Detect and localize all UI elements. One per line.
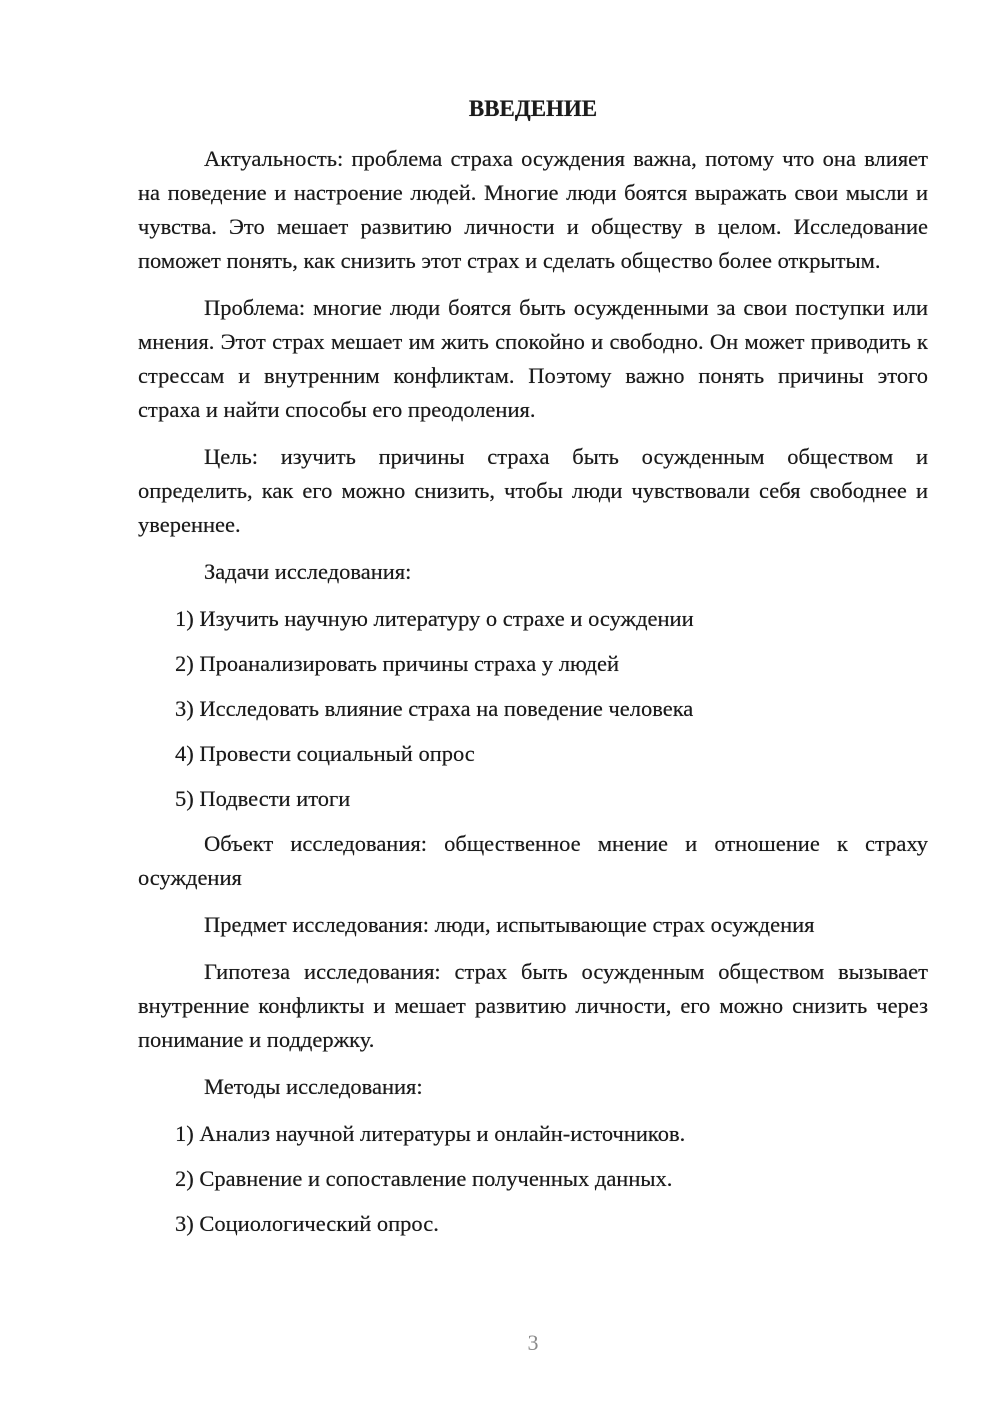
page-footer: 3 (138, 1326, 928, 1360)
task-list-item-3: 3) Исследовать влияние страха на поведен… (138, 692, 928, 726)
paragraph-goal: Цель: изучить причины страха быть осужде… (138, 440, 928, 542)
paragraph-methods-heading: Методы исследования: (138, 1070, 928, 1104)
paragraph-problem: Проблема: многие люди боятся быть осужде… (138, 291, 928, 427)
task-list-item-2: 2) Проанализировать причины страха у люд… (138, 647, 928, 681)
task-list-item-5: 5) Подвести итоги (138, 782, 928, 816)
paragraph-subject: Предмет исследования: люди, испытывающие… (138, 908, 928, 942)
paragraph-tasks-heading: Задачи исследования: (138, 555, 928, 589)
task-list-item-1: 1) Изучить научную литературу о страхе и… (138, 602, 928, 636)
paragraph-object: Объект исследования: общественное мнение… (138, 827, 928, 895)
page-number: 3 (528, 1330, 539, 1355)
method-list-item-3: 3) Социологический опрос. (138, 1207, 928, 1241)
page-title: ВВЕДЕНИЕ (138, 92, 928, 126)
paragraph-relevance: Актуальность: проблема страха осуждения … (138, 142, 928, 278)
method-list-item-1: 1) Анализ научной литературы и онлайн-ис… (138, 1117, 928, 1151)
document-page: ВВЕДЕНИЕ Актуальность: проблема страха о… (0, 0, 1000, 1414)
paragraph-hypothesis: Гипотеза исследования: страх быть осужде… (138, 955, 928, 1057)
method-list-item-2: 2) Сравнение и сопоставление полученных … (138, 1162, 928, 1196)
task-list-item-4: 4) Провести социальный опрос (138, 737, 928, 771)
